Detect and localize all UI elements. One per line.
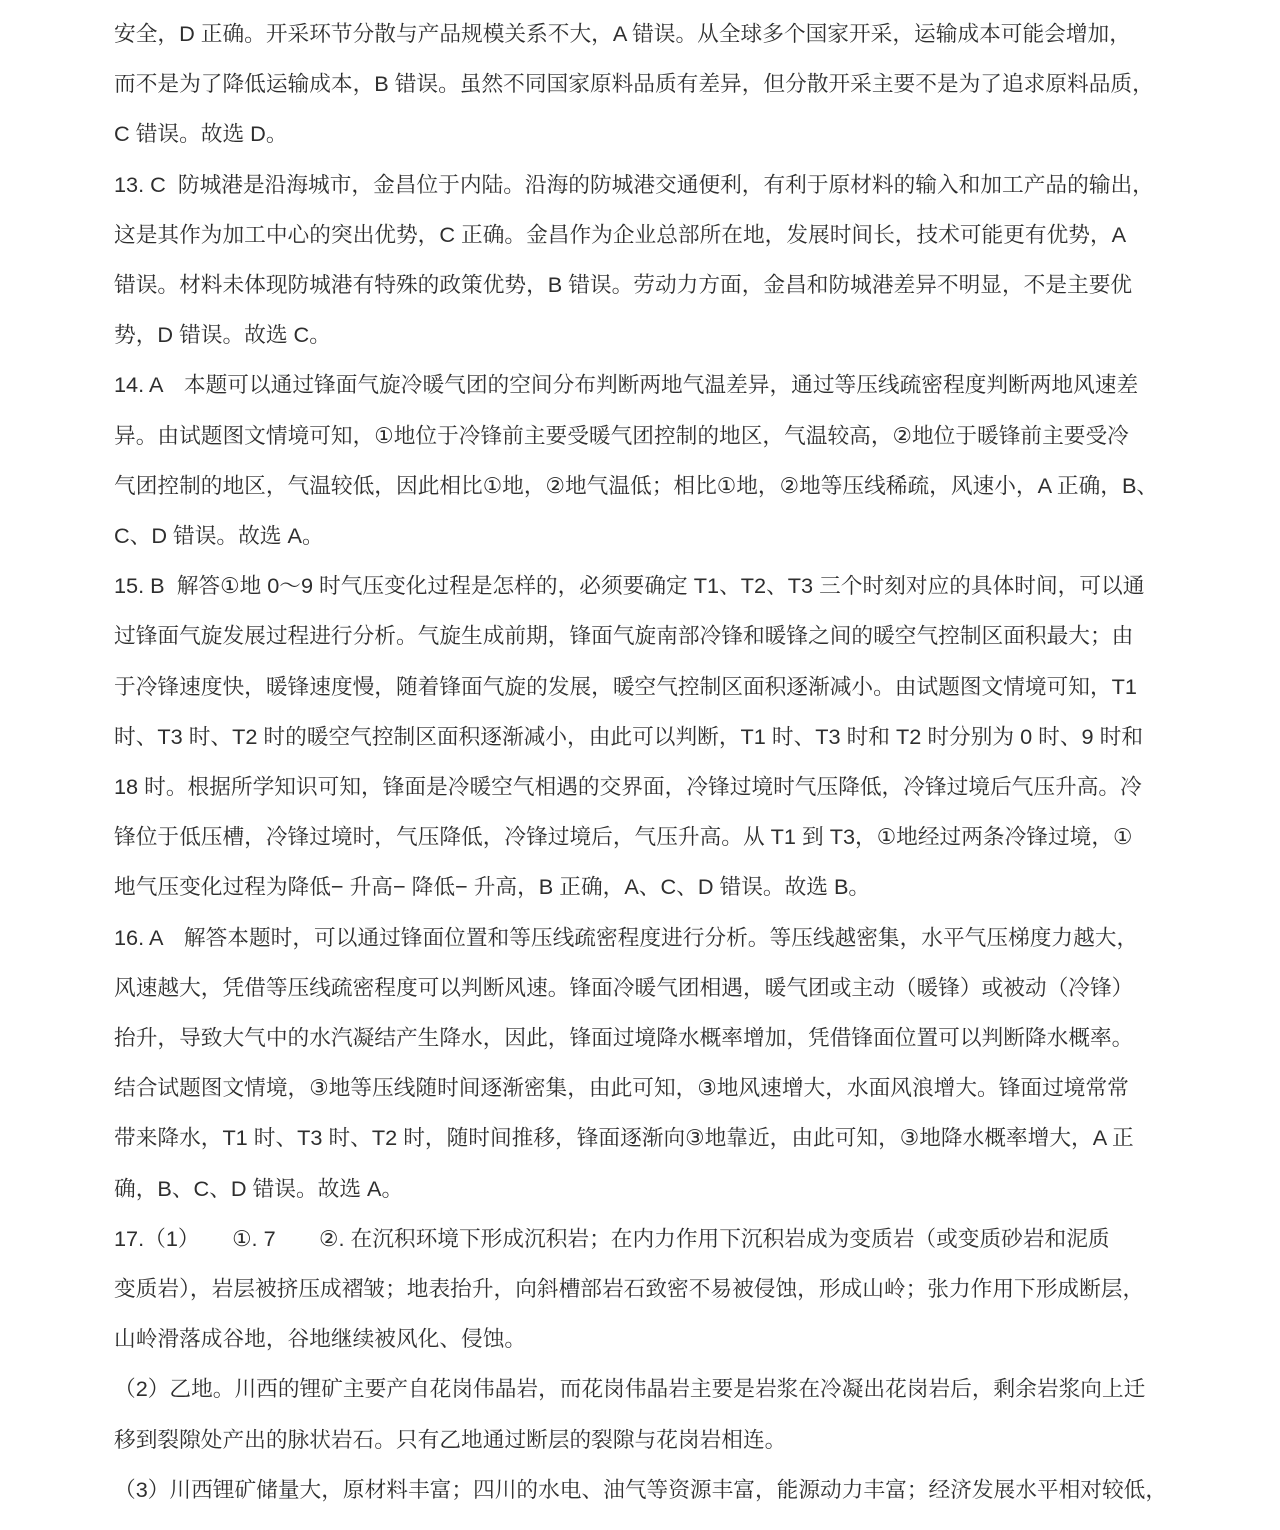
answer-13-explanation: 13. C 防城港是沿海城市，金昌位于内陆。沿海的防城港交通便利，有利于原材料的… — [114, 160, 1222, 361]
text-line: C 错误。故选 D。 — [114, 109, 1222, 159]
answer-17-part1: 17.（1） ①. 7 ②. 在沉积环境下形成沉积岩；在内力作用下沉积岩成为变质… — [114, 1214, 1222, 1365]
text-line: 变质岩），岩层被挤压成褶皱；地表抬升，向斜槽部岩石致密不易被侵蚀，形成山岭；张力… — [114, 1264, 1222, 1314]
text-line: C、D 错误。故选 A。 — [114, 511, 1222, 561]
text-line: 时、T3 时、T2 时的暖空气控制区面积逐渐减小，由此可以判断，T1 时、T3 … — [114, 712, 1222, 762]
text-line: 抬升，导致大气中的水汽凝结产生降水，因此，锋面过境降水概率增加，凭借锋面位置可以… — [114, 1013, 1222, 1063]
text-line: 这是其作为加工中心的突出优势，C 正确。金昌作为企业总部所在地，发展时间长，技术… — [114, 210, 1222, 260]
text-line: 锋位于低压槽，冷锋过境时，气压降低，冷锋过境后，气压升高。从 T1 到 T3，①… — [114, 812, 1222, 862]
answer-14-explanation: 14. A 本题可以通过锋面气旋冷暖气团的空间分布判断两地气温差异，通过等压线疏… — [114, 360, 1222, 561]
text-line: 势，D 错误。故选 C。 — [114, 310, 1222, 360]
text-line: 山岭滑落成谷地，谷地继续被风化、侵蚀。 — [114, 1314, 1222, 1364]
answer-17-part3: （3）川西锂矿储量大，原材料丰富；四川的水电、油气等资源丰富，能源动力丰富；经济… — [114, 1465, 1222, 1515]
text-line: 气团控制的地区，气温较低，因此相比①地，②地气温低；相比①地，②地等压线稀疏，风… — [114, 461, 1222, 511]
text-line: （3）川西锂矿储量大，原材料丰富；四川的水电、油气等资源丰富，能源动力丰富；经济… — [114, 1465, 1222, 1515]
text-line: 结合试题图文情境，③地等压线随时间逐渐密集，由此可知，③地风速增大，水面风浪增大… — [114, 1063, 1222, 1113]
text-line: 移到裂隙处产出的脉状岩石。只有乙地通过断层的裂隙与花岗岩相连。 — [114, 1415, 1222, 1465]
text-line: 风速越大，凭借等压线疏密程度可以判断风速。锋面冷暖气团相遇，暖气团或主动（暖锋）… — [114, 963, 1222, 1013]
text-line: 地气压变化过程为降低− 升高− 降低− 升高，B 正确，A、C、D 错误。故选 … — [114, 862, 1222, 912]
text-line: 安全，D 正确。开采环节分散与产品规模关系不大，A 错误。从全球多个国家开采，运… — [114, 9, 1222, 59]
text-line: 确，B、C、D 错误。故选 A。 — [114, 1164, 1222, 1214]
answer-15-explanation: 15. B 解答①地 0～9 时气压变化过程是怎样的，必须要确定 T1、T2、T… — [114, 561, 1222, 912]
answer-12-explanation-continued: 安全，D 正确。开采环节分散与产品规模关系不大，A 错误。从全球多个国家开采，运… — [114, 9, 1222, 160]
text-line: 过锋面气旋发展过程进行分析。气旋生成前期，锋面气旋南部冷锋和暖锋之间的暖空气控制… — [114, 611, 1222, 661]
text-line: 14. A 本题可以通过锋面气旋冷暖气团的空间分布判断两地气温差异，通过等压线疏… — [114, 360, 1222, 410]
text-line: 15. B 解答①地 0～9 时气压变化过程是怎样的，必须要确定 T1、T2、T… — [114, 561, 1222, 611]
text-line: 而不是为了降低运输成本，B 错误。虽然不同国家原料品质有差异，但分散开采主要不是… — [114, 59, 1222, 109]
document-page: 安全，D 正确。开采环节分散与产品规模关系不大，A 错误。从全球多个国家开采，运… — [0, 0, 1280, 1530]
text-line: （2）乙地。川西的锂矿主要产自花岗伟晶岩，而花岗伟晶岩主要是岩浆在冷凝出花岗岩后… — [114, 1364, 1222, 1414]
text-line: 16. A 解答本题时，可以通过锋面位置和等压线疏密程度进行分析。等压线越密集，… — [114, 913, 1222, 963]
text-line: 于冷锋速度快，暖锋速度慢，随着锋面气旋的发展，暖空气控制区面积逐渐减小。由试题图… — [114, 662, 1222, 712]
text-line: 带来降水，T1 时、T3 时、T2 时，随时间推移，锋面逐渐向③地靠近，由此可知… — [114, 1113, 1222, 1163]
text-line: 异。由试题图文情境可知，①地位于冷锋前主要受暖气团控制的地区，气温较高，②地位于… — [114, 411, 1222, 461]
answer-16-explanation: 16. A 解答本题时，可以通过锋面位置和等压线疏密程度进行分析。等压线越密集，… — [114, 913, 1222, 1214]
text-line: 17.（1） ①. 7 ②. 在沉积环境下形成沉积岩；在内力作用下沉积岩成为变质… — [114, 1214, 1222, 1264]
answer-17-part2: （2）乙地。川西的锂矿主要产自花岗伟晶岩，而花岗伟晶岩主要是岩浆在冷凝出花岗岩后… — [114, 1364, 1222, 1464]
text-line: 错误。材料未体现防城港有特殊的政策优势，B 错误。劳动力方面，金昌和防城港差异不… — [114, 260, 1222, 310]
text-line: 18 时。根据所学知识可知，锋面是冷暖空气相遇的交界面，冷锋过境时气压降低，冷锋… — [114, 762, 1222, 812]
text-line: 13. C 防城港是沿海城市，金昌位于内陆。沿海的防城港交通便利，有利于原材料的… — [114, 160, 1222, 210]
answer-text-block: 安全，D 正确。开采环节分散与产品规模关系不大，A 错误。从全球多个国家开采，运… — [0, 0, 1280, 1515]
